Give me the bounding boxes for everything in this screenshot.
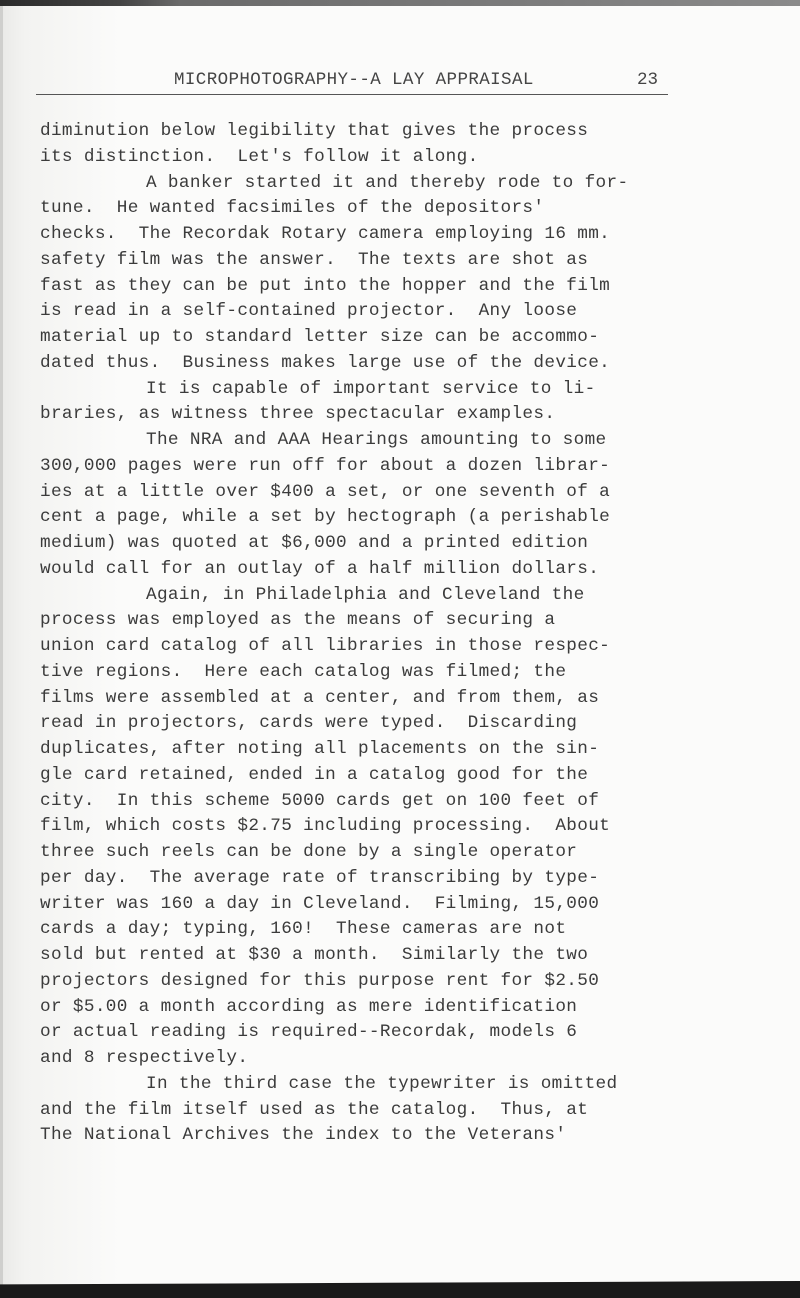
text-line: or actual reading is required--Recordak,… bbox=[40, 1020, 760, 1046]
text-line: writer was 160 a day in Cleveland. Filmi… bbox=[40, 892, 760, 918]
text-line: is read in a self-contained projector. A… bbox=[40, 299, 760, 325]
text-line: The National Archives the index to the V… bbox=[40, 1123, 760, 1149]
paragraph-start-line: The NRA and AAA Hearings amounting to so… bbox=[40, 428, 760, 454]
running-title: MICROPHOTOGRAPHY--A LAY APPRAISAL bbox=[174, 70, 534, 90]
text-line: ies at a little over $400 a set, or one … bbox=[40, 480, 760, 506]
text-line: cards a day; typing, 160! These cameras … bbox=[40, 917, 760, 943]
scan-bottom-border bbox=[0, 1281, 800, 1298]
text-line: diminution below legibility that gives t… bbox=[40, 119, 760, 145]
text-line: its distinction. Let's follow it along. bbox=[40, 145, 760, 171]
text-line: braries, as witness three spectacular ex… bbox=[40, 402, 760, 428]
text-line: city. In this scheme 5000 cards get on 1… bbox=[40, 789, 760, 815]
text-line: three such reels can be done by a single… bbox=[40, 840, 760, 866]
text-line: process was employed as the means of sec… bbox=[40, 608, 760, 634]
text-line: cent a page, while a set by hectograph (… bbox=[40, 505, 760, 531]
text-line: and the film itself used as the catalog.… bbox=[40, 1098, 760, 1124]
text-line: 300,000 pages were run off for about a d… bbox=[40, 454, 760, 480]
text-line: sold but rented at $30 a month. Similarl… bbox=[40, 943, 760, 969]
text-line: tune. He wanted facsimiles of the deposi… bbox=[40, 196, 760, 222]
text-line: projectors designed for this purpose ren… bbox=[40, 969, 760, 995]
text-line: and 8 respectively. bbox=[40, 1046, 760, 1072]
text-line: per day. The average rate of transcribin… bbox=[40, 866, 760, 892]
running-header: MICROPHOTOGRAPHY--A LAY APPRAISAL 23 bbox=[36, 64, 668, 95]
body-text: diminution below legibility that gives t… bbox=[40, 119, 760, 1149]
text-line: fast as they can be put into the hopper … bbox=[40, 274, 760, 300]
text-line: would call for an outlay of a half milli… bbox=[40, 557, 760, 583]
text-line: dated thus. Business makes large use of … bbox=[40, 351, 760, 377]
page-number: 23 bbox=[637, 70, 658, 90]
scan-top-border bbox=[0, 0, 800, 6]
page-edge bbox=[0, 0, 3, 1298]
text-line: material up to standard letter size can … bbox=[40, 325, 760, 351]
text-line: film, which costs $2.75 including proces… bbox=[40, 814, 760, 840]
paragraph-start-line: In the third case the typewriter is omit… bbox=[40, 1072, 760, 1098]
text-line: duplicates, after noting all placements … bbox=[40, 737, 760, 763]
paragraph-start-line: It is capable of important service to li… bbox=[40, 377, 760, 403]
text-line: gle card retained, ended in a catalog go… bbox=[40, 763, 760, 789]
text-line: union card catalog of all libraries in t… bbox=[40, 634, 760, 660]
text-line: checks. The Recordak Rotary camera emplo… bbox=[40, 222, 760, 248]
paragraph-start-line: A banker started it and thereby rode to … bbox=[40, 171, 760, 197]
text-line: safety film was the answer. The texts ar… bbox=[40, 248, 760, 274]
text-line: tive regions. Here each catalog was film… bbox=[40, 660, 760, 686]
text-line: or $5.00 a month according as mere ident… bbox=[40, 995, 760, 1021]
text-line: medium) was quoted at $6,000 and a print… bbox=[40, 531, 760, 557]
paragraph-start-line: Again, in Philadelphia and Cleveland the bbox=[40, 583, 760, 609]
text-line: read in projectors, cards were typed. Di… bbox=[40, 711, 760, 737]
text-line: films were assembled at a center, and fr… bbox=[40, 686, 760, 712]
